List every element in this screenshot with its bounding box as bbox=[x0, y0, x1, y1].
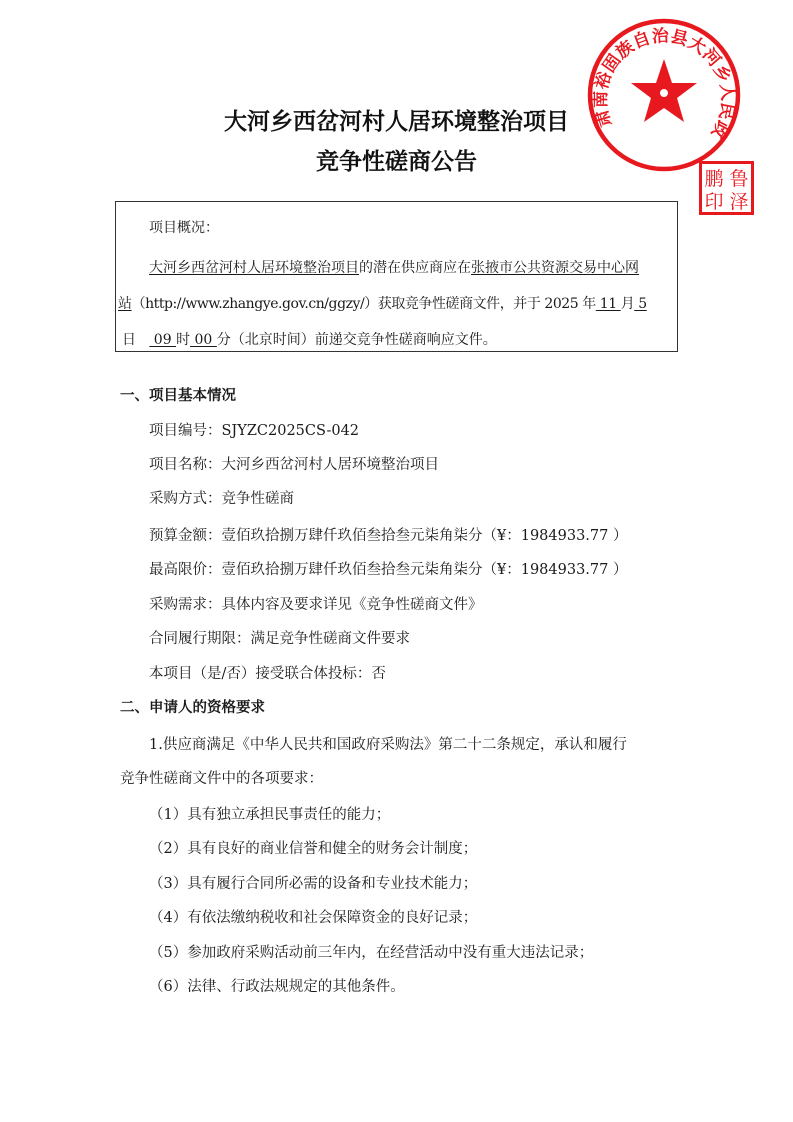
deadline-day: 5 bbox=[634, 296, 646, 312]
qualification-para-line-1: 1.供应商满足《中华人民共和国政府采购法》第二十二条规定，承认和履行 bbox=[149, 736, 627, 754]
contract-period: 合同履行期限：满足竞争性磋商文件要求 bbox=[149, 630, 410, 648]
deadline-hour: 09 bbox=[149, 332, 176, 348]
svg-text:鹏: 鹏 bbox=[704, 168, 723, 190]
budget-amount: 预算金额：壹佰玖拾捌万肆仟玖佰叁拾叁元柒角柒分（¥：1984933.77 ） bbox=[149, 527, 627, 545]
qualification-item: （6）法律、行政法规规定的其他条件。 bbox=[149, 978, 405, 996]
procurement-requirement: 采购需求：具体内容及要求详见《竞争性磋商文件》 bbox=[149, 596, 483, 614]
svg-text:印: 印 bbox=[704, 191, 723, 213]
project-name: 项目名称：大河乡西岔河村人居环境整治项目 bbox=[149, 456, 439, 474]
svg-text:泽: 泽 bbox=[729, 191, 748, 213]
qualification-para-line-2: 竞争性磋商文件中的各项要求： bbox=[120, 770, 323, 788]
qualification-item: （1）具有独立承担民事责任的能力； bbox=[149, 806, 390, 824]
svg-text:鲁: 鲁 bbox=[729, 168, 748, 190]
section-1-heading: 一、项目基本情况 bbox=[120, 387, 236, 405]
overview-line-3: 日 09 时 00 分（北京时间）前递交竞争性磋商响应文件。 bbox=[122, 331, 497, 349]
section-2-heading: 二、申请人的资格要求 bbox=[120, 699, 265, 717]
deadline-month: 11 bbox=[596, 296, 621, 312]
official-seal-stamp: 肃南裕固族自治县大河乡人民政府 bbox=[586, 17, 742, 173]
deadline-minute: 00 bbox=[190, 332, 217, 348]
overview-line-2: 站（http://www.zhangye.gov.cn/ggzy/）获取竞争性磋… bbox=[118, 295, 647, 313]
max-price: 最高限价：壹佰玖拾捌万肆仟玖佰叁拾叁元柒角柒分（¥：1984933.77 ） bbox=[149, 561, 627, 579]
project-overview-box: 项目概况： 大河乡西岔河村人居环境整治项目的潜在供应商应在张掖市公共资源交易中心… bbox=[115, 201, 678, 352]
qualification-item: （4）有依法缴纳税收和社会保障资金的良好记录； bbox=[149, 909, 477, 927]
overview-site-link[interactable]: 张掖市公共资源交易中心网 bbox=[471, 260, 639, 276]
personal-seal-stamp: 鲁 泽 鹏 印 bbox=[699, 161, 754, 215]
overview-project-name: 大河乡西岔河村人居环境整治项目 bbox=[149, 260, 359, 276]
overview-label: 项目概况： bbox=[149, 219, 219, 237]
qualification-item: （3）具有履行合同所必需的设备和专业技术能力； bbox=[149, 875, 477, 893]
overview-line-1: 大河乡西岔河村人居环境整治项目的潜在供应商应在张掖市公共资源交易中心网 bbox=[149, 259, 639, 277]
project-number: 项目编号：SJYZC2025CS-042 bbox=[149, 422, 359, 440]
procurement-method: 采购方式：竞争性磋商 bbox=[149, 490, 294, 508]
qualification-item: （2）具有良好的商业信誉和健全的财务会计制度； bbox=[149, 840, 477, 858]
qualification-item: （5）参加政府采购活动前三年内，在经营活动中没有重大违法记录； bbox=[149, 944, 593, 962]
overview-url: （http://www.zhangye.gov.cn/ggzy/）获取竞争性磋商… bbox=[132, 296, 596, 312]
consortium-bidding: 本项目（是/否）接受联合体投标：否 bbox=[149, 665, 386, 683]
